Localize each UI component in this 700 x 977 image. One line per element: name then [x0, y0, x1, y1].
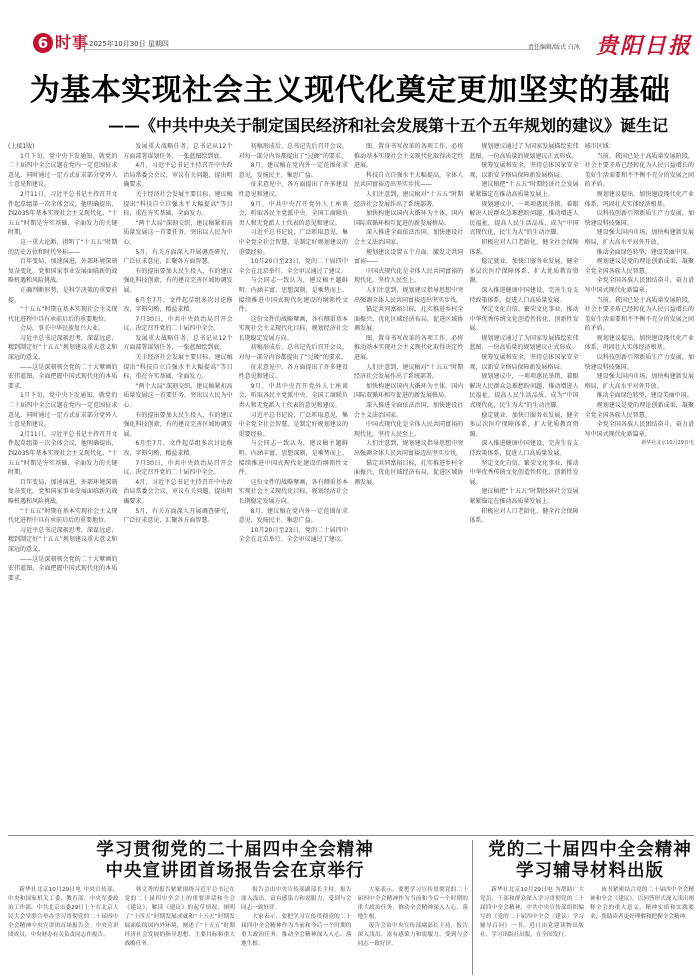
- paragraph: 关于经济社会发展主要目标，建议稿提出“科技自立自强水平大幅提高”等目标，重在夯实…: [123, 353, 232, 382]
- paragraph: 坚定文化自信，繁荣文化事业，推动中华优秀传统文化创造性转化、创新性发展。: [469, 305, 578, 334]
- paragraph: “十五五”时期在基本实现社会主义现代化进程中具有承前启后的重要地位。: [8, 305, 117, 324]
- article-3-headline-line-1: 党的二十届四中全会精神: [480, 840, 700, 861]
- paragraph: 规划建议是党的理论创新成果，凝聚全党全国各族人民智慧。: [585, 257, 694, 276]
- article-3-column-2: 该书紧密结合党的二十届四中全会精神和全会《建议》，以问答形式深入浅出阐释全会的重…: [590, 886, 694, 974]
- paragraph: 大家表示，要把学习宣传贯彻党的二十届四中全会精神作为当前和今后一个时期的重大政治…: [358, 886, 469, 922]
- paragraph: 百年变局，加速演进，外部环境深刻复杂变化。党和国家事业发展面临新的战略机遇和风险…: [8, 478, 117, 507]
- paragraph: 规划建议通过了为国家发展描绘宏伟蓝图，一份高质量的规划建议正式形成。: [469, 142, 578, 161]
- paragraph: 规划建议中，一项项惠民举措，着眼解决人民群众急难愁盼问题，推动增进人民福祉，提高…: [469, 372, 578, 410]
- paragraph: 以科技创新引领新质生产力发展，加快建设科技强国。: [585, 353, 694, 372]
- issue-date: 2025年10月30日 星期四: [89, 39, 169, 49]
- paragraph: 与会同志一致认为，建议稿主题鲜明、内涵丰富、思想深刻，是乘势而上、接续推进中国式…: [239, 276, 348, 314]
- article-column-3: 初稿形成后，总书记先后召开会议，对每一部分内容都提出了“过硬”的要求。 8月，建…: [239, 142, 348, 832]
- paragraph: 8月，建议稿在党内外一定范围征求意见，发扬民主、集思广益。: [239, 161, 348, 180]
- article-column-6: 城市区域： 当前，我国已处于高质量发展阶段，社会主要矛盾已经转化为人民日益增长的…: [585, 142, 694, 832]
- paragraph: 加快构建以国内大循环为主体、国内国际双循环相互促进的新发展格局。: [354, 382, 463, 401]
- main-headline: 为基本实现社会主义现代化奠定更加坚实的基础: [0, 74, 700, 108]
- editor-credit: 责任编辑/版式 白冰: [528, 42, 580, 51]
- article-2-headline-line-1: 学习贯彻党的二十届四中全会精神: [70, 840, 400, 861]
- article-2-headline-line-2: 中央宣讲团首场报告会在京举行: [70, 861, 400, 882]
- paragraph: 这份文件的战略擘画，各有侧重基本实现社会主义现代化目标，规划经济社会长期稳定发展…: [239, 315, 348, 344]
- paragraph: 城市区域：: [585, 142, 694, 152]
- paragraph: 征求意见中，各方面提出了许多建设性意见和建议。: [239, 180, 348, 199]
- paragraph: 6月至7月，文件起草组多次讨论修改，字斟句酌，精益求精。: [123, 296, 232, 315]
- paragraph: 4月，习近平总书记主持召开中央政治局常委会会议，审议有关问题，提出明确要求。: [123, 478, 232, 507]
- paragraph: 推动全面绿色转型，建设美丽中国。: [585, 248, 694, 258]
- paragraph: 人们注意到，建议稿对“十五五”时期经济社会发展作出了系统部署。: [354, 190, 463, 209]
- paragraph: 以科技创新引领新质生产力发展，加快建设科技强国。: [585, 209, 694, 228]
- paragraph: 10月20日至23日，党的二十届四中全会在北京举行。全会审议通过了建议。: [239, 257, 348, 276]
- paragraph: 深入推进健康中国建设，完善生育支持政策体系，促进人口高质量发展。: [469, 286, 578, 305]
- paragraph: 大家表示，要把学习宣传贯彻党的二十届四中全会精神作为当前和今后一个时期的重大政治…: [241, 913, 352, 949]
- paragraph: 统筹发展和安全，坚持总体国家安全观，以新安全格局保障新发展格局。: [469, 161, 578, 180]
- article-2-headline: 学习贯彻党的二十届四中全会精神 中央宣讲团首场报告会在京举行: [70, 840, 400, 882]
- paragraph: 7月30日，中共中央政治局召开会议，决定召开党的二十届四中全会。: [123, 459, 232, 478]
- paragraph: 锚定共同富裕目标，扎实推进乡村全面振兴，优化区域经济布局，促进区域协调发展。: [354, 305, 463, 334]
- article-column-5: 规划建议通过了为国家发展描绘宏伟蓝图，一份高质量的规划建议正式形成。 统筹发展和…: [469, 142, 578, 832]
- paragraph: 锚定共同富裕目标，扎实推进乡村全面振兴，优化区域经济布局，促进区域协调发展。: [354, 459, 463, 488]
- paragraph: 会局，事关中华民族复兴大业。: [8, 324, 117, 334]
- paragraph: 发展重大战略任务，总书记从12个方面部署谋划任务，一张蓝图绘到底。: [123, 142, 232, 161]
- article-2-body: 新华社北京10月29日电 中央宣传部、中央和国家机关工委、教育部、中央军委政治工…: [8, 886, 468, 974]
- newspaper-logo: 贵阳日报: [596, 29, 692, 60]
- paragraph: 稳定就业、加快口服务业发展，健全多层次医疗保障体系，扩大优质教育资源。: [469, 257, 578, 286]
- paragraph: 有的提出要加大民生投入，有的建议强化科技创新，有的建议完善区域协调发展。: [123, 267, 232, 296]
- paragraph: 正确判断形势，是科学决策的重要前提。: [8, 286, 117, 305]
- paragraph: 深入推进健康中国建设，完善生育支持政策体系，促进人口高质量发展。: [469, 439, 578, 458]
- paragraph: 中国式现代化是全体人民共同富裕的现代化，坚持人民至上。: [354, 420, 463, 439]
- paragraph: 8月，建议稿在党内外一定范围征求意见，发扬民主、集思广益。: [239, 507, 348, 526]
- article-3-column-1: 新华社北京10月29日电 为帮助广大党员、干部和群众深入学习贯彻党的二十届四中全…: [480, 886, 584, 974]
- paragraph: 人们注意到，建议稿对“十五五”时期经济社会发展作出了系统部署。: [354, 363, 463, 382]
- paragraph: 4月，习近平总书记主持召开中央政治局常委会会议，审议有关问题，提出明确要求。: [123, 161, 232, 190]
- paragraph: 全党全国各族人民团结奋斗，奋力谱写中国式现代化新篇章。: [585, 420, 694, 439]
- page-masthead: 6 时事 2025年10月30日 星期四 责任编辑/版式 白冰 贵阳日报: [0, 33, 700, 55]
- paragraph: 中国式现代化是全体人民共同富裕的现代化，坚持人民至上。: [354, 267, 463, 286]
- paragraph: 10月20日至23日，党的二十届四中全会在北京举行。全会审议通过了建议。: [239, 526, 348, 545]
- article-2-column-2: 韩文秀的报告紧紧围绕习近平总书记在党的二十届四中全会上的重要讲话和全会《建议》，…: [125, 886, 236, 974]
- paragraph: 习近平总书记深刻思考，深谋远虑，精到制定好“十五五”规划建议重大意义和深远的意义…: [8, 526, 117, 555]
- column-divider: [472, 840, 473, 975]
- paragraph: 2月11日，习近平总书记主持召开文件起草组第一次全体会议，他明确提出，到2035…: [8, 430, 117, 478]
- paragraph: 该书紧密结合党的二十届四中全会精神和全会《建议》，以问答形式深入浅出阐释全会的重…: [590, 886, 694, 922]
- paragraph: 人们注意到，规划建议指导思想中突出强调全体人民共同富裕迈出坚实步伐。: [354, 439, 463, 458]
- paragraph: 规划建议提出，加快建设现代化产业体系，巩固壮大实体经济根基。: [585, 334, 694, 353]
- article-2-column-1: 新华社北京10月29日电 中央宣传部、中央和国家机关工委、教育部、中央军委政治工…: [8, 886, 119, 974]
- paragraph: 建设强大国内市场，加快构建新发展格局，扩大高水平对外开放。: [585, 228, 694, 247]
- paragraph: 初稿形成后，总书记先后召开会议，对每一部分内容都提出了“过硬”的要求。: [239, 343, 348, 362]
- paragraph: 1月下旬，党中央下发通知，就党的二十届四中全会议题在党内一定范围征求意见，同时通…: [8, 391, 117, 429]
- paragraph: 深入推进全面依法治国，加快建设社会主义法治国家。: [354, 228, 463, 247]
- paragraph: 习近平总书记深刻思考，深谋远虑，精到制定好“十五五”规划建议重大意义和深远的意义…: [8, 334, 117, 363]
- paragraph: 规划建议是党的理论创新成果，凝聚全党全国各族人民智慧。: [585, 401, 694, 420]
- paragraph: 积极应对人口老龄化，健全社会保障体系。: [469, 507, 578, 526]
- paragraph: 人们注意到，规划建议指导思想中突出强调全体人民共同富裕迈出坚实步伐。: [354, 286, 463, 305]
- paragraph: 新华社北京10月29日电 中央宣传部、中央和国家机关工委、教育部、中央军委政治工…: [8, 886, 119, 940]
- paragraph: 发展重大战略任务，总书记从12个方面部署谋划任务，一张蓝图绘到底。: [123, 334, 232, 353]
- paragraph: 报告会由中央宣传部副部长主持。报告深入浅出、富有感染力和说服力，受到与会同志一致…: [358, 922, 469, 949]
- article-column-1: (上接1版) 1月下旬，党中央下发通知，就党的二十届四中全会议题在党内一定范围征…: [8, 142, 117, 832]
- paragraph: 韩文秀的报告紧紧围绕习近平总书记在党的二十届四中全会上的重要讲话和全会《建议》，…: [125, 886, 236, 949]
- article-3-body: 新华社北京10月29日电 为帮助广大党员、干部和群众深入学习贯彻党的二十届四中全…: [480, 886, 694, 974]
- paragraph: 有的提出要加大民生投入，有的建议强化科技创新，有的建议完善区域协调发展。: [123, 411, 232, 440]
- paragraph: 报告会由中央宣传部副部长主持。报告深入浅出、富有感染力和说服力，受到与会同志一致…: [241, 886, 352, 913]
- paragraph: 当前，我国已处于高质量发展阶段，社会主要矛盾已经转化为人民日益增长的美好生活需要…: [585, 296, 694, 334]
- article-byline: 新华社北京10月29日电: [585, 439, 694, 449]
- paragraph: 积极应对人口老龄化，健全社会保障体系。: [469, 238, 578, 257]
- paragraph: 与会同志一致认为，建议稿主题鲜明、内涵丰富、思想深刻，是乘势而上、接续推进中国式…: [239, 439, 348, 477]
- paragraph: 稳定就业、加快口服务业发展，健全多层次医疗保障体系，扩大优质教育资源。: [469, 411, 578, 440]
- main-subheadline: ——《中共中央关于制定国民经济和社会发展第十五个五年规划的建议》诞生记: [108, 116, 668, 136]
- paragraph: ——这是深刻领会党的二十大擘画的宏伟蓝图，全面把握中国式现代化的本质要求。: [8, 363, 117, 392]
- paragraph: “十五五”时期在基本实现社会主义现代化进程中具有承前启后的重要地位。: [8, 507, 117, 526]
- paragraph: 这一重大论断，指明了“十五五”时期的历史方位和时代坐标——: [8, 238, 117, 257]
- paragraph: 建议稿把“十五五”时期经济社会发展紧紧锚定在推动高质量发展上。: [469, 180, 578, 199]
- paragraph: 5月，有关方面深入开展调查研究，广泛征求意见，汇聚各方面智慧。: [123, 248, 232, 267]
- paragraph: 7月30日，中共中央政治局召开会议，决定召开党的二十届四中全会。: [123, 315, 232, 334]
- paragraph: 规划建议设置五个方面，激发走共同富裕——: [354, 248, 463, 267]
- paragraph: 百年变局，加速演进，外部环境深刻复杂变化。党和国家事业发展面临新的战略机遇和风险…: [8, 257, 117, 286]
- paragraph: 1月下旬，党中央下发通知，就党的二十届四中全会议题在党内一定范围征求意见，同时通…: [8, 152, 117, 190]
- paragraph: 坚定文化自信，繁荣文化事业，推动中华优秀传统文化创造性转化、创新性发展。: [469, 459, 578, 488]
- paragraph: 规划建议通过了为国家发展描绘宏伟蓝图，一份高质量的规划建议正式形成。: [469, 334, 578, 353]
- article-2-column-3: 报告会由中央宣传部副部长主持。报告深入浅出、富有感染力和说服力，受到与会同志一致…: [241, 886, 352, 974]
- paragraph: “两个大局”深刻交织，建议稿紧扣高质量发展这一首要任务，突出以人民为中心。: [123, 382, 232, 411]
- paragraph: 习近平总书记说，广泛听取意见，集中全党全社会智慧，是制定好规划建议的重要经验。: [239, 411, 348, 440]
- article-2-column-4: 大家表示，要把学习宣传贯彻党的二十届四中全会精神作为当前和今后一个时期的重大政治…: [358, 886, 469, 974]
- paragraph: ——这是深刻领会党的二十大擘画的宏伟蓝图，全面把握中国式现代化的本质要求。: [8, 555, 117, 584]
- paragraph: 5月，有关方面深入开展调查研究，广泛征求意见，汇聚各方面智慧。: [123, 507, 232, 526]
- section-divider: [8, 835, 694, 836]
- paragraph: 推动全面绿色转型，建设美丽中国。: [585, 391, 694, 401]
- article-3-headline: 党的二十届四中全会精神 学习辅导材料出版: [480, 840, 700, 882]
- article-column-2: 发展重大战略任务，总书记从12个方面部署谋划任务，一张蓝图绘到底。 4月，习近平…: [123, 142, 232, 832]
- paragraph: 科技自立自强水平大幅提高，全体人民共同富裕迈出坚实步伐——: [354, 171, 463, 190]
- continued-marker: (上接1版): [8, 142, 117, 152]
- paragraph: 新华社北京10月29日电 为帮助广大党员、干部和群众深入学习贯彻党的二十届四中全…: [480, 886, 584, 940]
- paragraph: 图，置身书写改革的各项工作，必将推动基本实现社会主义现代化取得决定性进展。: [354, 142, 463, 171]
- paragraph: 2月11日，习近平总书记主持召开文件起草组第一次全体会议，他明确提出，到2035…: [8, 190, 117, 238]
- paragraph: 全党全国各族人民团结奋斗，奋力谱写中国式现代化新篇章。: [585, 276, 694, 295]
- paragraph: 9月，中共中央召开党外人士座谈会，听取各民主党派中央、全国工商联负责人和无党派人…: [239, 382, 348, 411]
- paragraph: 6月至7月，文件起草组多次讨论修改，字斟句酌，精益求精。: [123, 439, 232, 458]
- paragraph: 建设强大国内市场，加快构建新发展格局，扩大高水平对外开放。: [585, 372, 694, 391]
- paragraph: 初稿形成后，总书记先后召开会议，对每一部分内容都提出了“过硬”的要求。: [239, 142, 348, 161]
- paragraph: 建议稿把“十五五”时期经济社会发展紧紧锚定在推动高质量发展上。: [469, 487, 578, 506]
- paragraph: 当前，我国已处于高质量发展阶段，社会主要矛盾已经转化为人民日益增长的美好生活需要…: [585, 152, 694, 190]
- paragraph: 规划建议提出，加快建设现代化产业体系，巩固壮大实体经济根基。: [585, 190, 694, 209]
- masthead-separator: [84, 35, 85, 52]
- page-number-badge: 6: [33, 33, 53, 53]
- paragraph: 这份文件的战略擘画，各有侧重基本实现社会主义现代化目标，规划经济社会长期稳定发展…: [239, 478, 348, 507]
- paragraph: 加快构建以国内大循环为主体、国内国际双循环相互促进的新发展格局。: [354, 209, 463, 228]
- article-column-4: 图，置身书写改革的各项工作，必将推动基本实现社会主义现代化取得决定性进展。 科技…: [354, 142, 463, 832]
- paragraph: “两个大局”深刻交织，建议稿紧扣高质量发展这一首要任务，突出以人民为中心。: [123, 219, 232, 248]
- paragraph: 9月，中共中央召开党外人士座谈会，听取各民主党派中央、全国工商联负责人和无党派人…: [239, 200, 348, 229]
- paragraph: 规划建议中，一项项惠民举措，着眼解决人民群众急难愁盼问题，推动增进人民福祉，提高…: [469, 200, 578, 238]
- paragraph: 征求意见中，各方面提出了许多建设性意见和建议。: [239, 363, 348, 382]
- paragraph: 深入推进全面依法治国，加快建设社会主义法治国家。: [354, 401, 463, 420]
- paragraph: 关于经济社会发展主要目标，建议稿提出“科技自立自强水平大幅提高”等目标，重在夯实…: [123, 190, 232, 219]
- main-article-body: (上接1版) 1月下旬，党中央下发通知，就党的二十届四中全会议题在党内一定范围征…: [8, 142, 694, 832]
- paragraph: 统筹发展和安全，坚持总体国家安全观，以新安全格局保障新发展格局。: [469, 353, 578, 372]
- masthead-rule: [85, 49, 540, 50]
- paragraph: 习近平总书记说，广泛听取意见，集中全党全社会智慧，是制定好规划建议的重要经验。: [239, 228, 348, 257]
- article-3-headline-line-2: 学习辅导材料出版: [480, 861, 700, 882]
- paragraph: 图，置身书写改革的各项工作，必将推动基本实现社会主义现代化取得决定性进展。: [354, 334, 463, 363]
